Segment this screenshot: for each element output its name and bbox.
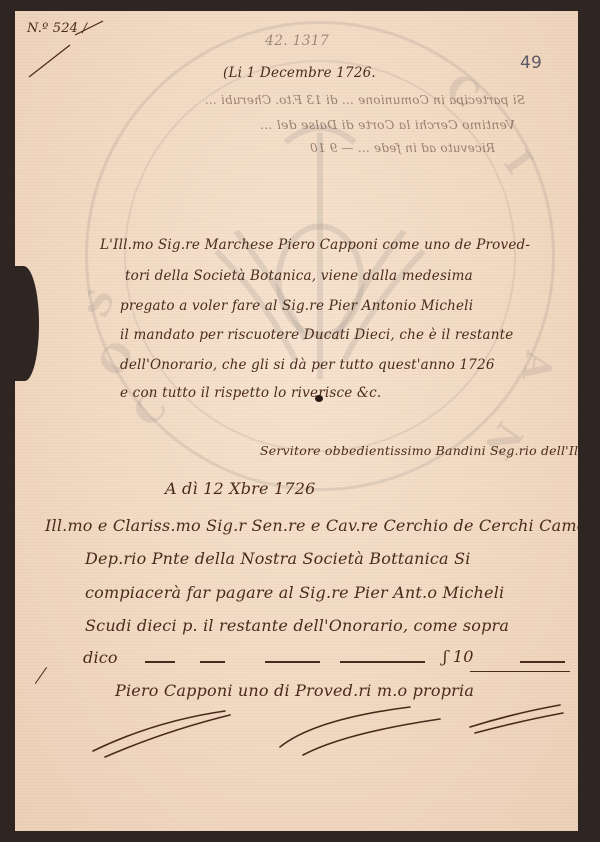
closing-flourish-lines [15, 11, 578, 831]
manuscript-page: S O C C I A N N.º 524 / 42. 1317 49 (Li … [15, 11, 578, 831]
